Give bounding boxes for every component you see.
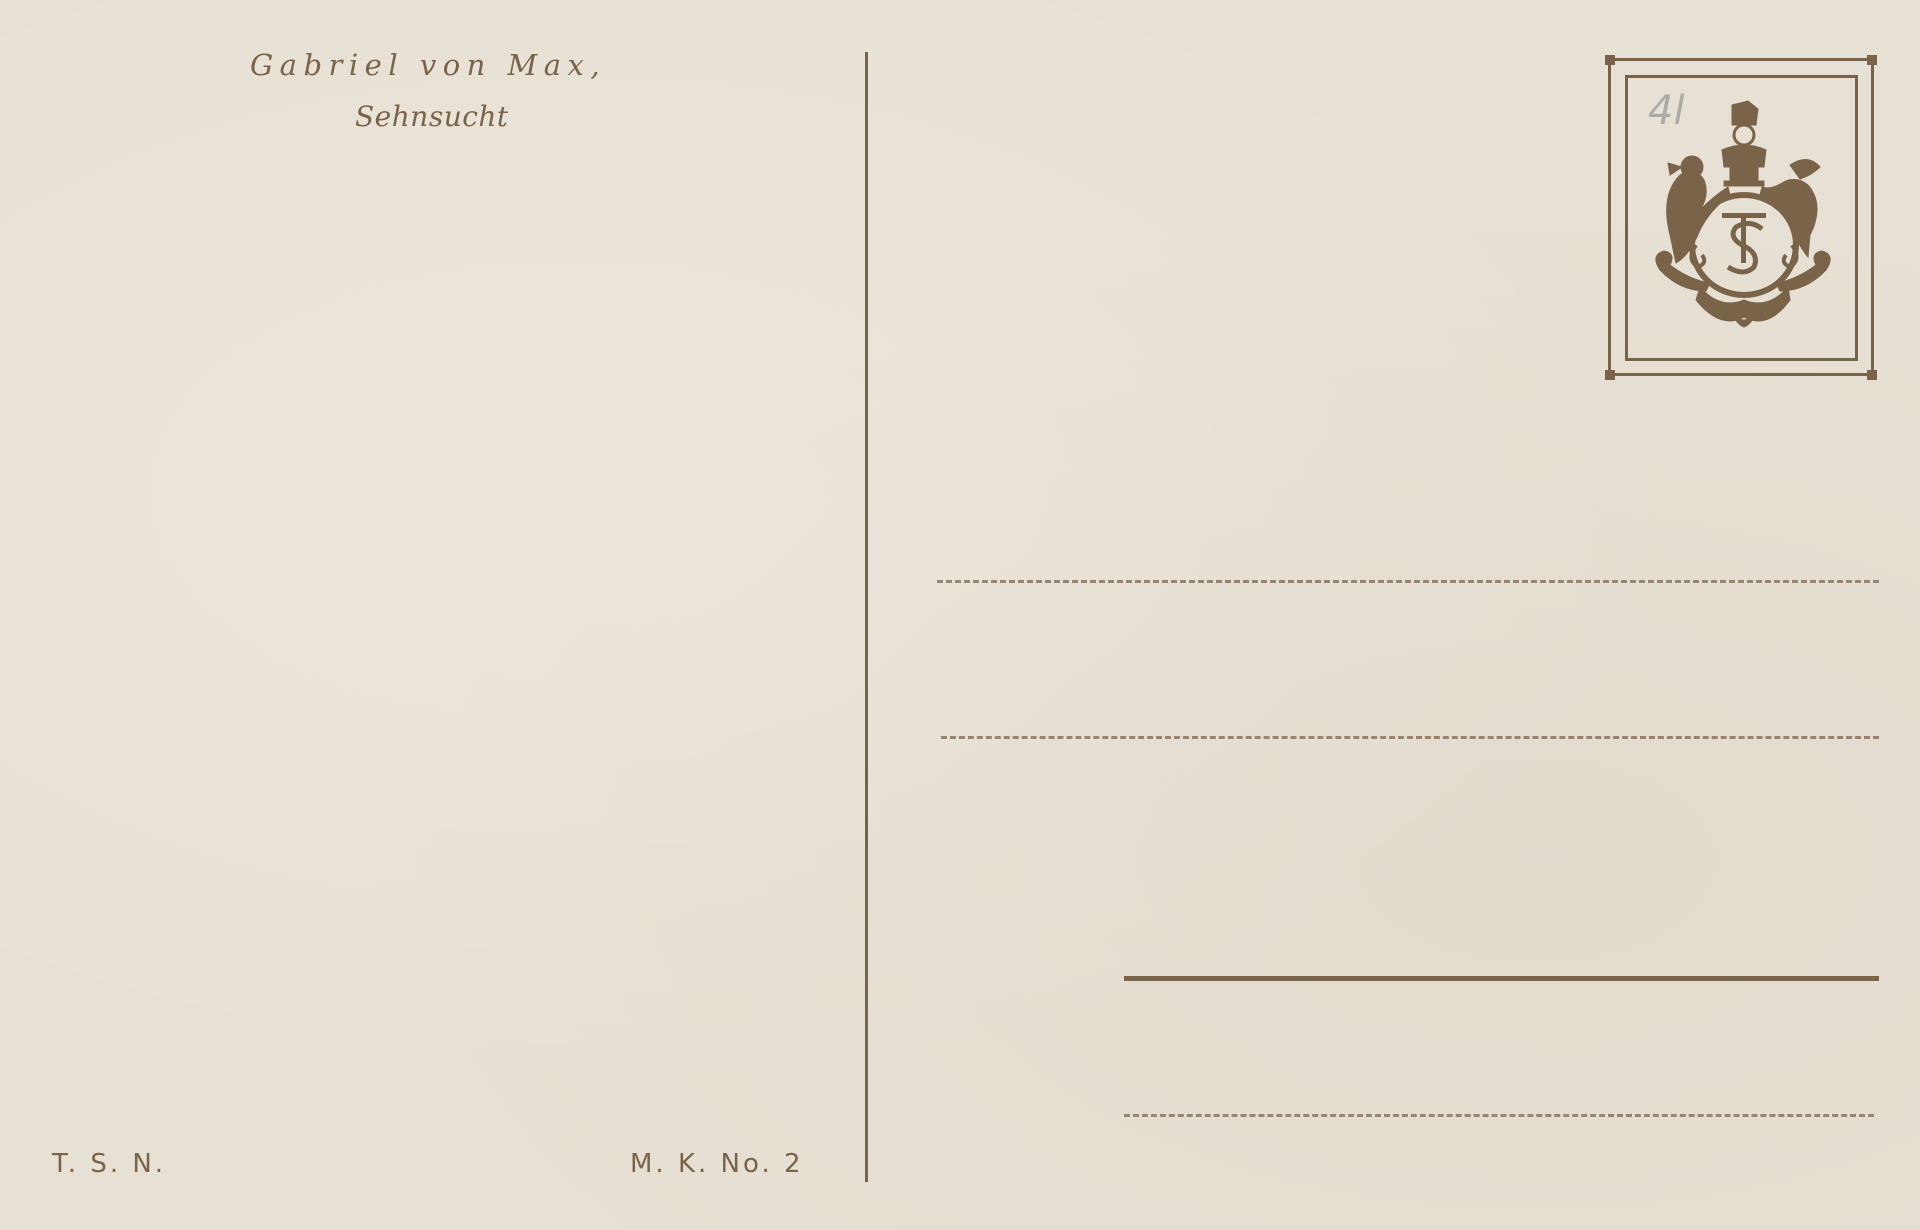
artist-caption: Gabriel von Max,	[250, 48, 606, 82]
publisher-crest-icon	[1640, 95, 1845, 335]
address-line-4	[1124, 1114, 1874, 1117]
stamp-corner-tl	[1605, 55, 1615, 65]
artwork-title: Sehnsucht	[355, 100, 509, 133]
address-line-1	[937, 580, 1879, 583]
stamp-corner-tr	[1867, 55, 1877, 65]
publisher-initials: T. S. N.	[52, 1149, 166, 1179]
center-divider	[865, 52, 868, 1182]
address-line-3	[1124, 976, 1879, 981]
series-number: M. K. No. 2	[630, 1149, 804, 1179]
stamp-corner-br	[1867, 370, 1877, 380]
address-line-2	[941, 736, 1879, 739]
postcard-back: Gabriel von Max, Sehnsucht T. S. N. M. K…	[0, 0, 1920, 1230]
stamp-corner-bl	[1605, 370, 1615, 380]
